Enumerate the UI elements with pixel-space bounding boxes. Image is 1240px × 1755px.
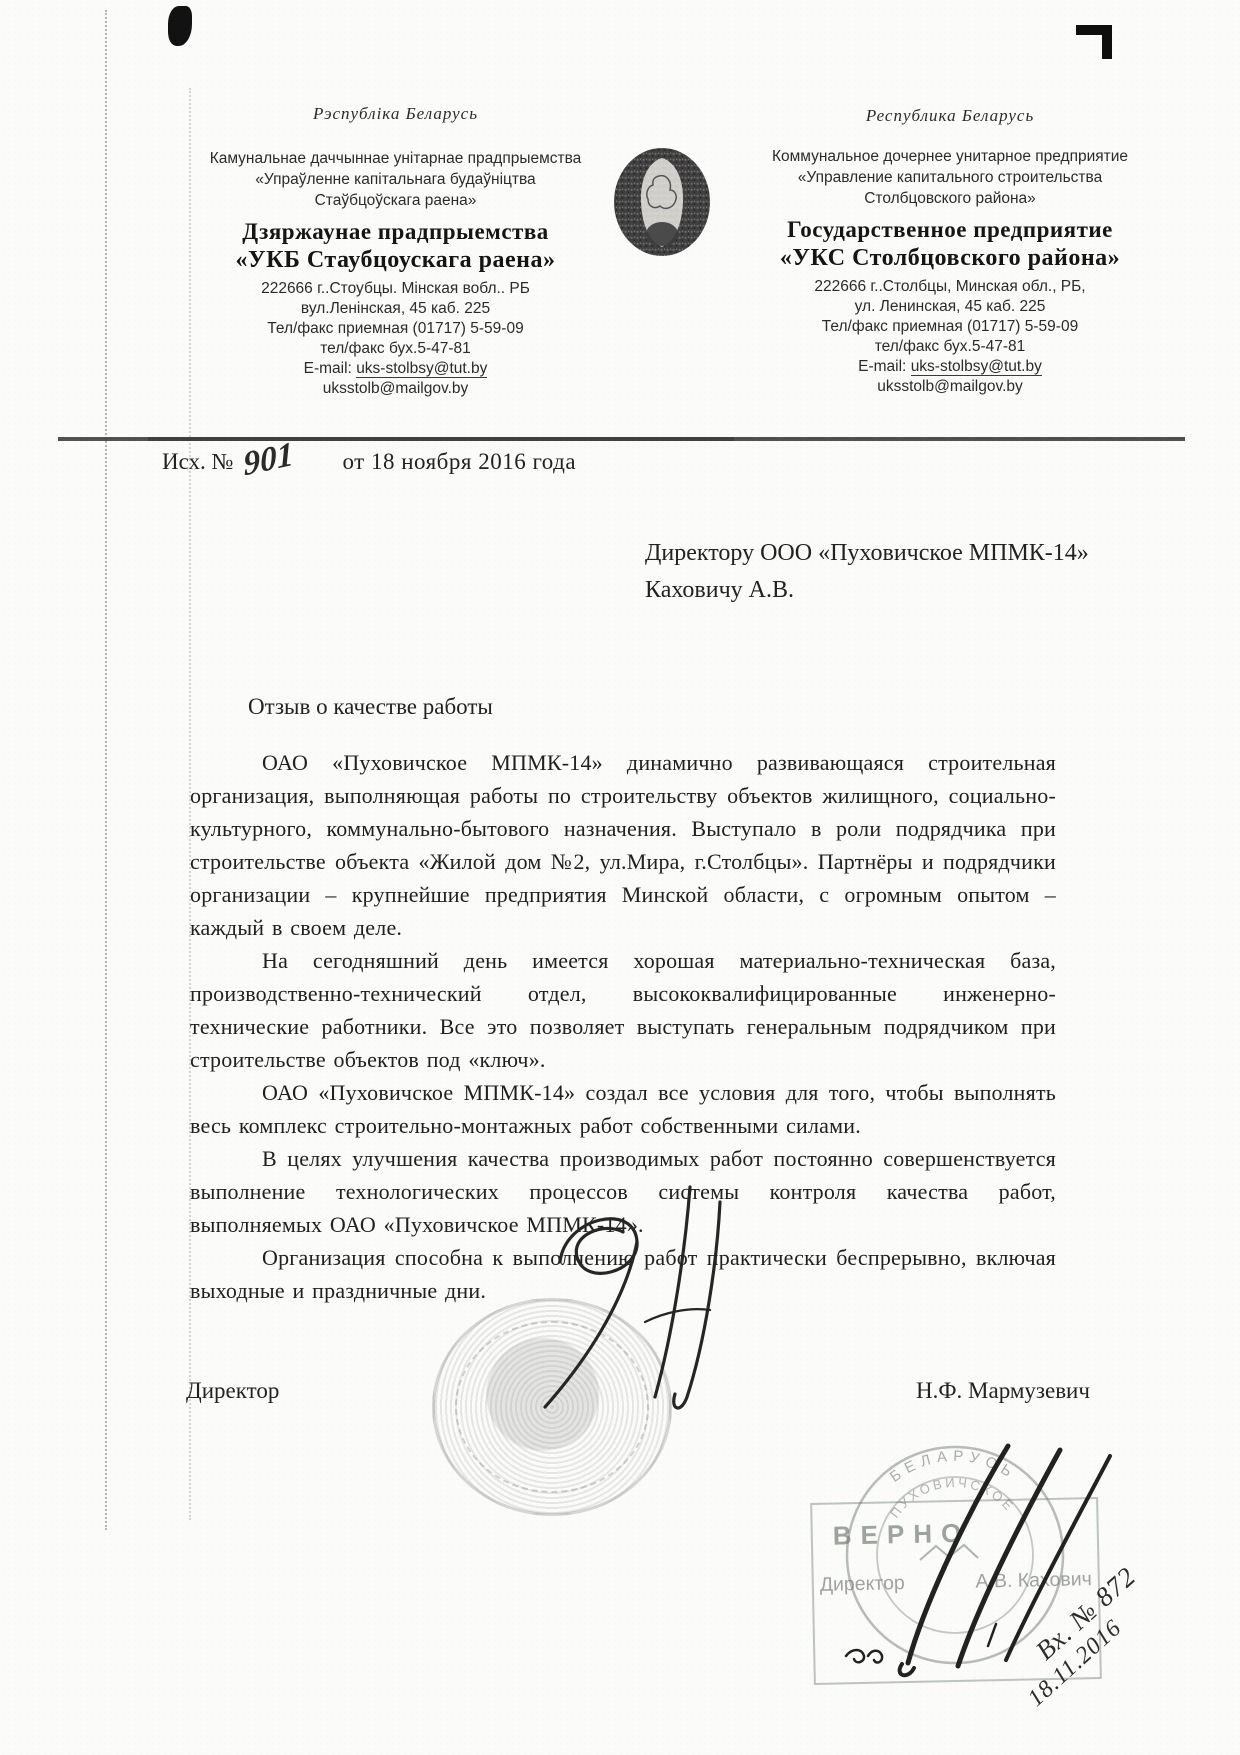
fold-line-left (105, 10, 107, 1530)
email-label: E-mail: (304, 360, 357, 377)
email-line-2: uksstolb@mailgov.by (198, 379, 593, 399)
phone-line: Тел/факс приемная (01717) 5-59-09 (198, 319, 593, 339)
org-line: «Управление капитального строительства (770, 167, 1130, 188)
email-line: E-mail: uks-stolbsy@tut.by (198, 359, 593, 379)
country-line-by: Рэспубліка Беларусь (198, 104, 593, 124)
email-address: uks-stolbsy@tut.by (911, 358, 1042, 376)
address-line: ул. Ленинская, 45 каб. 225 (770, 297, 1130, 317)
outgoing-date: от 18 ноября 2016 года (342, 449, 576, 475)
enterprise-name: «УКС Столбцовского района» (770, 244, 1130, 272)
letterhead-right: Республика Беларусь Коммунальное дочерне… (770, 106, 1130, 397)
header-divider (58, 437, 1185, 441)
org-line: «Упраўленне капітальнага будаўніцтва (198, 169, 593, 190)
letterhead-left: Рэспубліка Беларусь Камунальнае даччынна… (198, 104, 593, 399)
director-signature-icon (505, 1172, 755, 1422)
country-line-ru: Республика Беларусь (770, 106, 1130, 126)
signature-name: Н.Ф. Мармузевич (916, 1378, 1090, 1404)
address-line: 222666 г..Столбцы, Минская обл., РБ, (770, 277, 1130, 297)
outgoing-number-handwritten: 901 (243, 436, 296, 485)
scan-artifact-top-left (168, 6, 192, 46)
signature-position: Директор (186, 1378, 279, 1404)
email-line-2: uksstolb@mailgov.by (770, 377, 1130, 397)
org-line: Столбцовского района» (770, 188, 1130, 209)
address-line: вул.Ленінская, 45 каб. 225 (198, 299, 593, 319)
scan-artifact-top-right-bar (1102, 25, 1112, 59)
org-line: Коммунальное дочернее унитарное предприя… (770, 146, 1130, 167)
outgoing-reference: Исх. № 901 от 18 ноября 2016 года (162, 449, 576, 479)
phone-line: Тел/факс приемная (01717) 5-59-09 (770, 317, 1130, 337)
coat-of-arms-icon (612, 146, 712, 258)
enterprise-name: Государственное предприятие (770, 216, 1130, 244)
phone-line: тел/факс бух.5-47-81 (770, 337, 1130, 357)
addressee-line-1: Директору ООО «Пуховичское МПМК-14» (645, 535, 1089, 572)
outgoing-ref-prefix: Исх. № (162, 449, 233, 475)
addressee-block: Директору ООО «Пуховичское МПМК-14» Кахо… (645, 535, 1089, 609)
scanned-letter-page: { "header": { "left": { "country": "Рэсп… (0, 0, 1240, 1755)
subject-line: Отзыв о качестве работы (248, 694, 493, 720)
phone-line: тел/факс бух.5-47-81 (198, 339, 593, 359)
body-paragraph: ОАО «Пуховичское МПМК-14» создал все усл… (190, 1076, 1056, 1142)
org-line: Камунальнае даччыннае унітарнае прадпрые… (198, 148, 593, 169)
enterprise-name: Дзяржаунае прадпрыемства (198, 218, 593, 246)
email-label: E-mail: (858, 358, 911, 375)
org-line: Стаўбцоўскага раена» (198, 190, 593, 211)
address-line: 222666 г..Стоубцы. Мінская вобл.. РБ (198, 279, 593, 299)
email-line: E-mail: uks-stolbsy@tut.by (770, 357, 1130, 377)
addressee-line-2: Каховичу А.В. (645, 572, 1089, 609)
email-address: uks-stolbsy@tut.by (356, 360, 487, 378)
body-paragraph: ОАО «Пуховичское МПМК-14» динамично разв… (190, 746, 1056, 944)
pen-strokes-icon (838, 1408, 1168, 1698)
enterprise-name: «УКБ Стаубцоускага раена» (198, 246, 593, 274)
body-paragraph: На сегодняшний день имеется хорошая мате… (190, 944, 1056, 1076)
